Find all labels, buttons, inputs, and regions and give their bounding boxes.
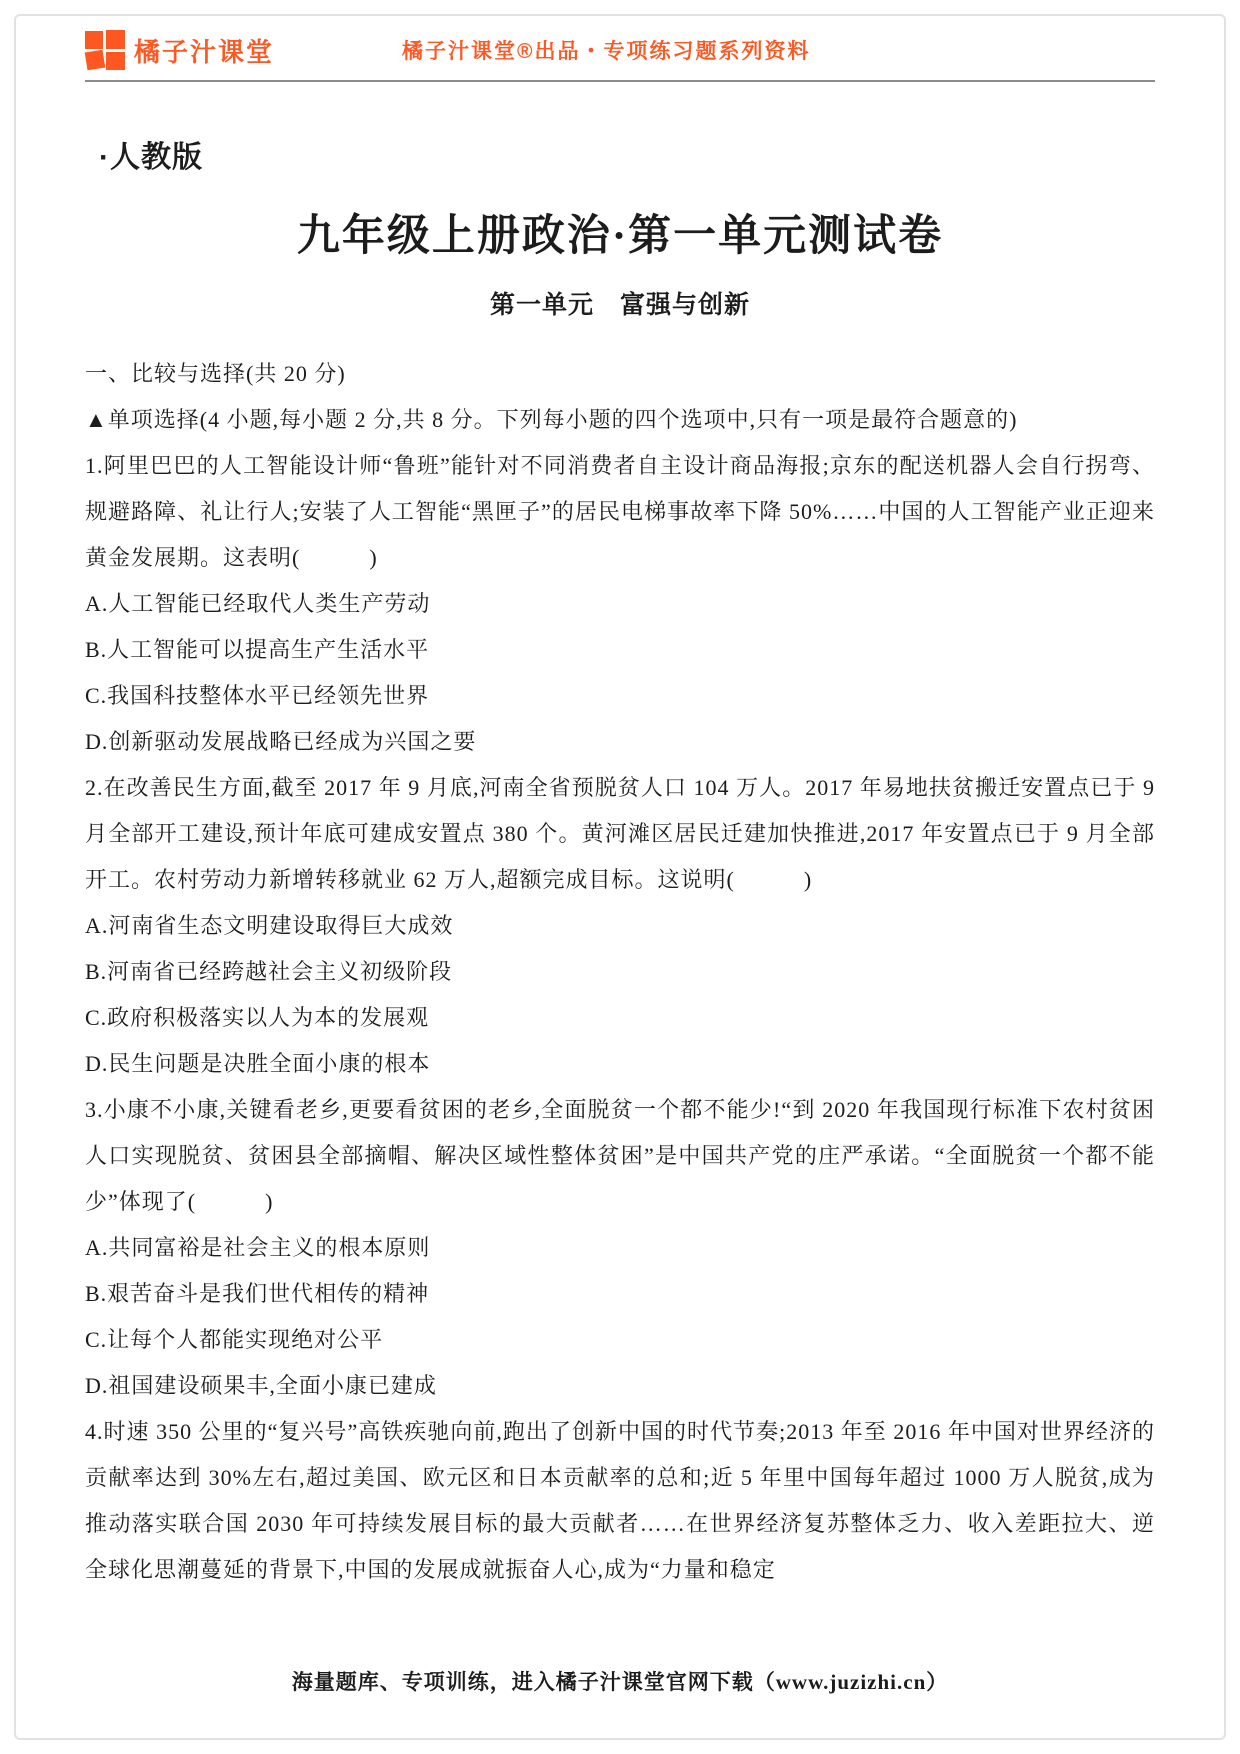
question-option-a: A.河南省生态文明建设取得巨大成效 — [85, 903, 1155, 949]
page-title: 九年级上册政治·第一单元测试卷 — [85, 202, 1155, 263]
question-4: 4.时速 350 公里的“复兴号”高铁疾驰向前,跑出了创新中国的时代节奏;201… — [85, 1409, 1155, 1593]
brand-logo-text: 橘子汁课堂 — [134, 32, 274, 69]
header-tagline: 橘子汁课堂®出品・专项练习题系列资料 — [402, 35, 810, 65]
question-option-c: C.让每个人都能实现绝对公平 — [85, 1317, 1155, 1363]
question-2: 2.在改善民生方面,截至 2017 年 9 月底,河南全省预脱贫人口 104 万… — [85, 765, 1155, 1087]
section-heading: 一、比较与选择(共 20 分) — [85, 351, 1155, 397]
document-page: 橘子汁课堂 橘子汁课堂®出品・专项练习题系列资料 ·人教版 九年级上册政治·第一… — [0, 0, 1240, 1754]
brand-logo: 橘子汁课堂 — [85, 30, 274, 70]
orange-squares-logo-icon — [85, 30, 125, 70]
question-option-b: B.人工智能可以提高生产生活水平 — [85, 627, 1155, 673]
question-option-b: B.河南省已经跨越社会主义初级阶段 — [85, 949, 1155, 995]
question-stem: 2.在改善民生方面,截至 2017 年 9 月底,河南全省预脱贫人口 104 万… — [85, 765, 1155, 903]
page-header: 橘子汁课堂 橘子汁课堂®出品・专项练习题系列资料 — [85, 0, 1155, 70]
question-3: 3.小康不小康,关键看老乡,更要看贫困的老乡,全面脱贫一个都不能少!“到 202… — [85, 1087, 1155, 1409]
question-option-d: D.民生问题是决胜全面小康的根本 — [85, 1041, 1155, 1087]
question-option-a: A.共同富裕是社会主义的根本原则 — [85, 1225, 1155, 1271]
question-stem: 1.阿里巴巴的人工智能设计师“鲁班”能针对不同消费者自主设计商品海报;京东的配送… — [85, 443, 1155, 581]
edition-label: ·人教版 — [85, 132, 1155, 176]
question-option-a: A.人工智能已经取代人类生产劳动 — [85, 581, 1155, 627]
question-option-d: D.创新驱动发展战略已经成为兴国之要 — [85, 719, 1155, 765]
section-instruction: ▲单项选择(4 小题,每小题 2 分,共 8 分。下列每小题的四个选项中,只有一… — [85, 397, 1155, 443]
page-footer: 海量题库、专项训练，进入橘子汁课堂官网下载（www.juzizhi.cn） — [0, 1666, 1240, 1696]
test-body: 一、比较与选择(共 20 分) ▲单项选择(4 小题,每小题 2 分,共 8 分… — [85, 351, 1155, 1593]
page-subtitle: 第一单元 富强与创新 — [85, 285, 1155, 321]
question-stem: 3.小康不小康,关键看老乡,更要看贫困的老乡,全面脱贫一个都不能少!“到 202… — [85, 1087, 1155, 1225]
question-option-b: B.艰苦奋斗是我们世代相传的精神 — [85, 1271, 1155, 1317]
question-option-c: C.政府积极落实以人为本的发展观 — [85, 995, 1155, 1041]
header-rule — [85, 80, 1155, 82]
question-1: 1.阿里巴巴的人工智能设计师“鲁班”能针对不同消费者自主设计商品海报;京东的配送… — [85, 443, 1155, 765]
question-option-c: C.我国科技整体水平已经领先世界 — [85, 673, 1155, 719]
footer-text: 海量题库、专项训练，进入橘子汁课堂官网下载（www.juzizhi.cn） — [292, 1670, 949, 1694]
question-stem: 4.时速 350 公里的“复兴号”高铁疾驰向前,跑出了创新中国的时代节奏;201… — [85, 1409, 1155, 1593]
question-option-d: D.祖国建设硕果丰,全面小康已建成 — [85, 1363, 1155, 1409]
